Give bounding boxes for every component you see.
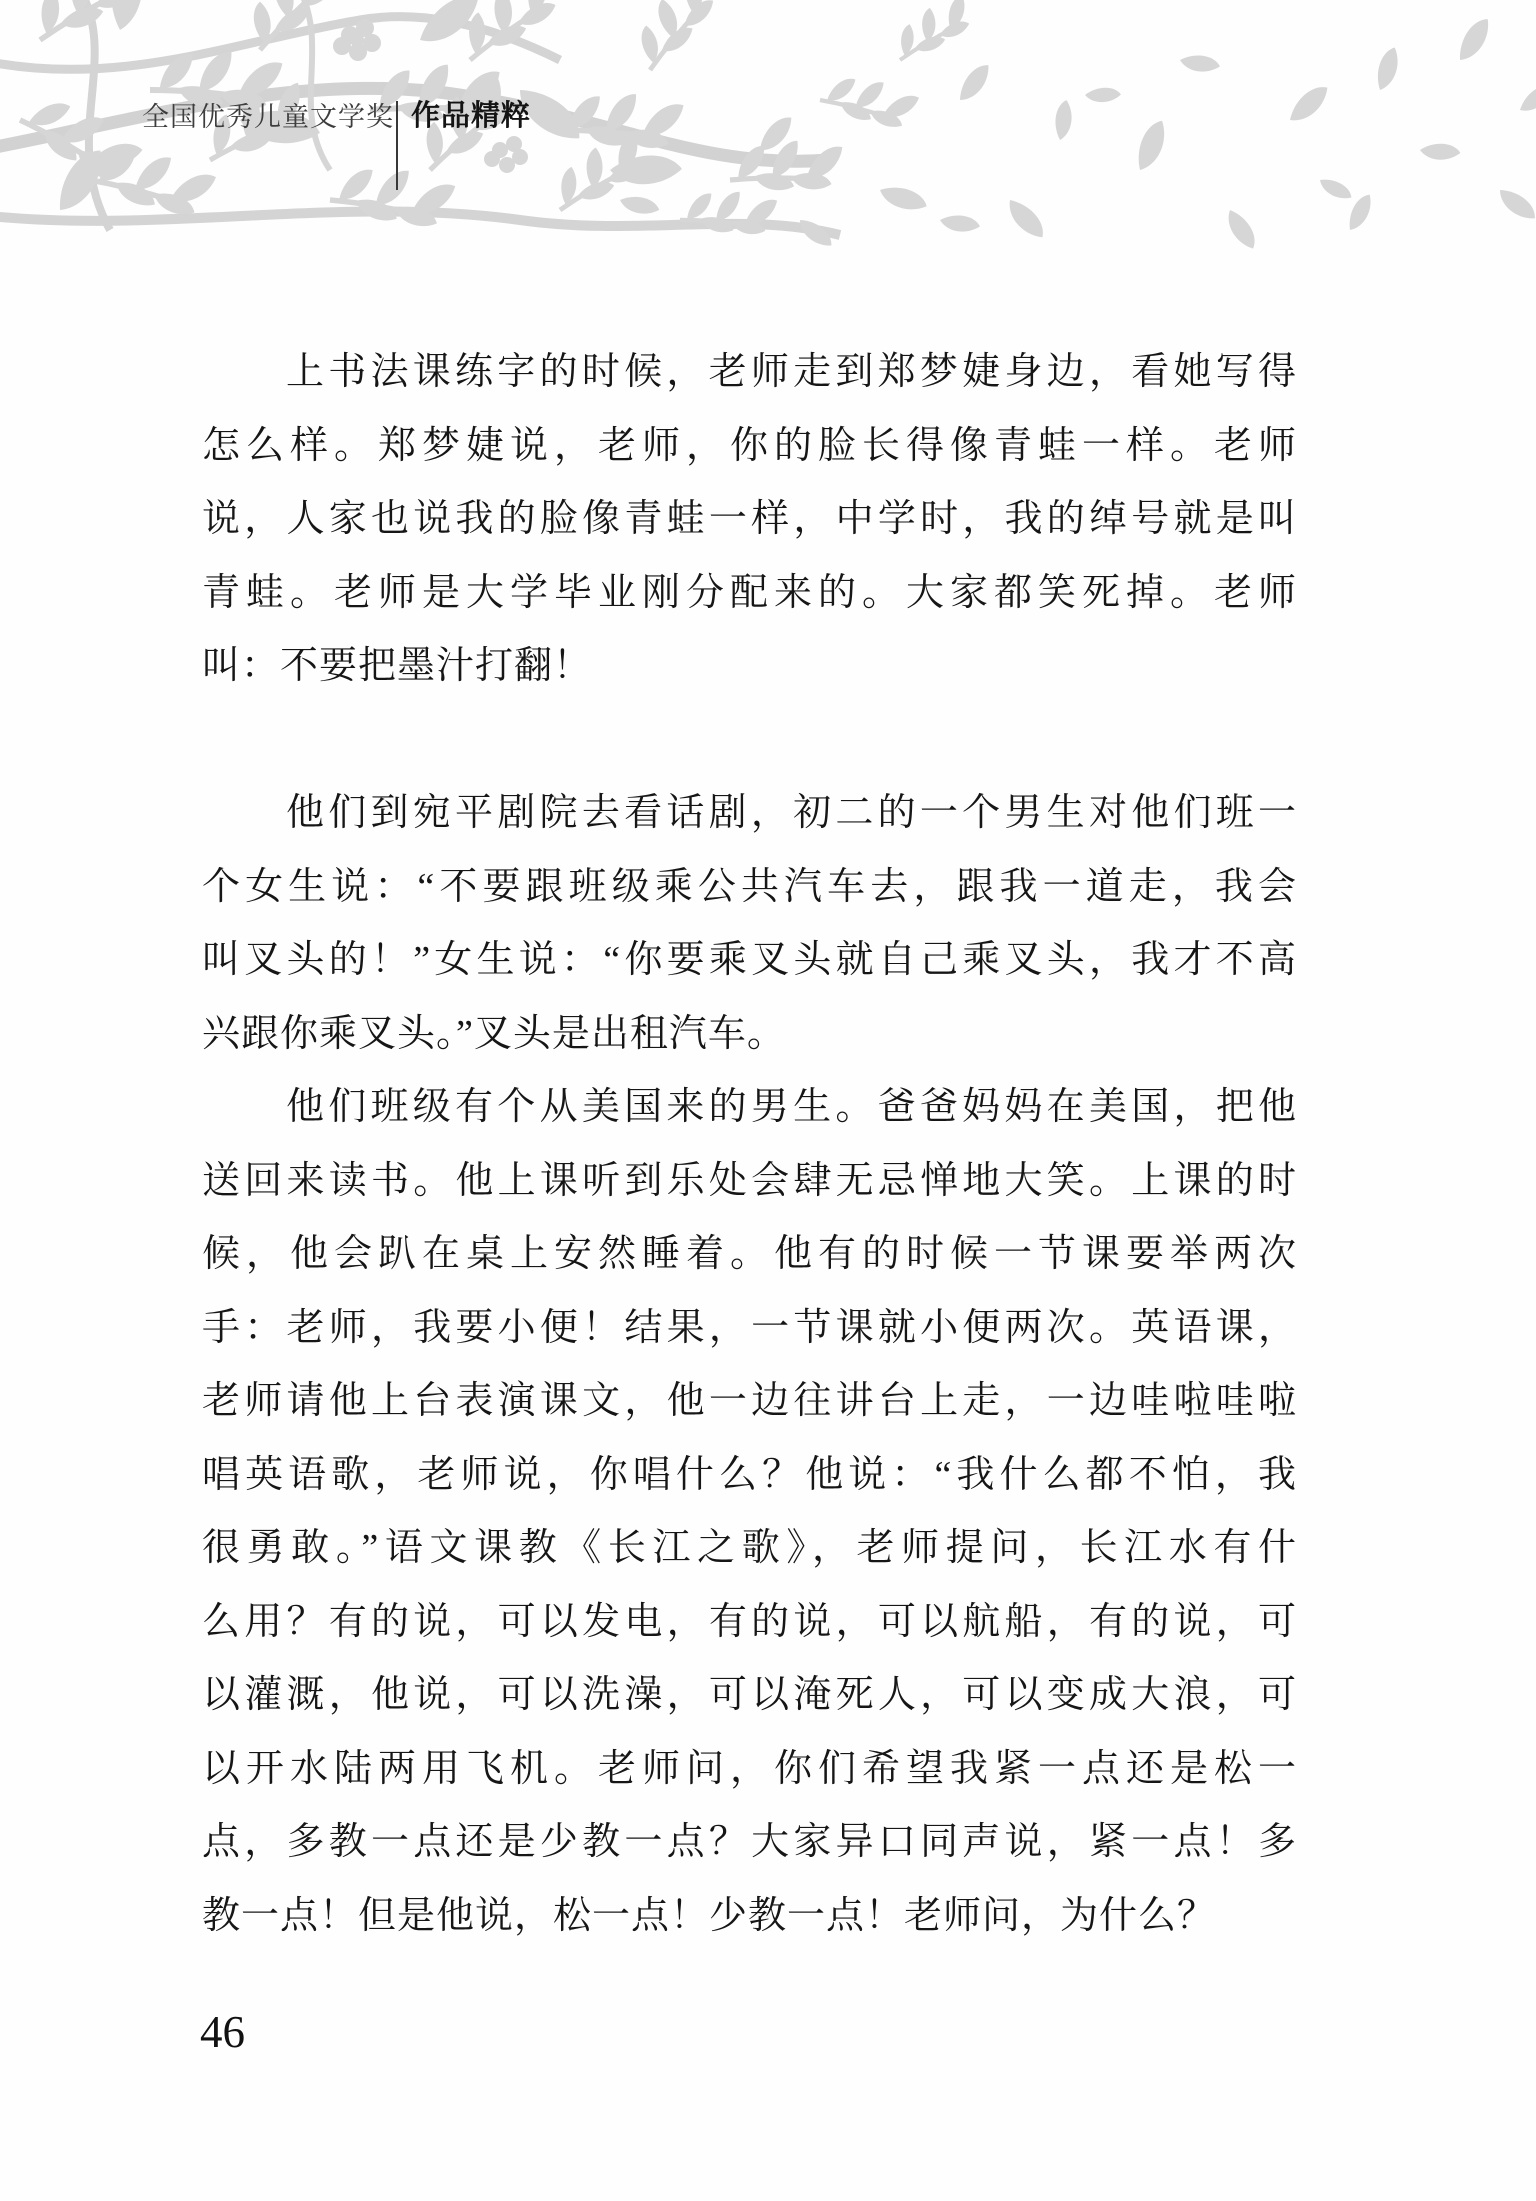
text-line: 怎么样。郑梦婕说，老师，你的脸长得像青蛙一样。老师 bbox=[202, 410, 1297, 484]
text-line: 兴跟你乘叉头。”叉头是出租汽车。 bbox=[202, 998, 1297, 1072]
text-line: 说，人家也说我的脸像青蛙一样，中学时，我的绰号就是叫 bbox=[202, 483, 1297, 557]
running-head: 全国优秀儿童文学奖 作品精粹 bbox=[0, 0, 1536, 250]
book-page: 全国优秀儿童文学奖 作品精粹 上书法课练字的时候，老师走到郑梦婕身边，看她写得怎… bbox=[0, 0, 1536, 2201]
text-line: 送回来读书。他上课听到乐处会肆无忌惮地大笑。上课的时 bbox=[202, 1145, 1297, 1219]
text-line: 手：老师，我要小便！结果，一节课就小便两次。英语课， bbox=[202, 1292, 1297, 1366]
text-line: 很勇敢。”语文课教《长江之歌》，老师提问，长江水有什 bbox=[202, 1512, 1297, 1586]
text-line: 上书法课练字的时候，老师走到郑梦婕身边，看她写得 bbox=[202, 336, 1297, 410]
header-divider bbox=[396, 101, 398, 190]
text-line: 么用？有的说，可以发电，有的说，可以航船，有的说，可 bbox=[202, 1586, 1297, 1660]
text-line: 青蛙。老师是大学毕业刚分配来的。大家都笑死掉。老师 bbox=[202, 557, 1297, 631]
text-line: 以开水陆两用飞机。老师问，你们希望我紧一点还是松一 bbox=[202, 1733, 1297, 1807]
text-line: 候，他会趴在桌上安然睡着。他有的时候一节课要举两次 bbox=[202, 1218, 1297, 1292]
text-line: 叫叉头的！”女生说：“你要乘叉头就自己乘叉头，我才不高 bbox=[202, 924, 1297, 998]
body-text: 上书法课练字的时候，老师走到郑梦婕身边，看她写得怎么样。郑梦婕说，老师，你的脸长… bbox=[202, 336, 1297, 1953]
text-line: 他们到宛平剧院去看话剧，初二的一个男生对他们班一 bbox=[202, 777, 1297, 851]
text-line: 叫：不要把墨汁打翻！ bbox=[202, 630, 1297, 704]
text-line: 个女生说：“不要跟班级乘公共汽车去，跟我一道走，我会 bbox=[202, 851, 1297, 925]
text-line: 老师请他上台表演课文，他一边往讲台上走，一边哇啦哇啦 bbox=[202, 1365, 1297, 1439]
text-line: 以灌溉，他说，可以洗澡，可以淹死人，可以变成大浪，可 bbox=[202, 1659, 1297, 1733]
series-title: 全国优秀儿童文学奖 bbox=[142, 101, 394, 133]
paragraph: 他们到宛平剧院去看话剧，初二的一个男生对他们班一个女生说：“不要跟班级乘公共汽车… bbox=[202, 777, 1297, 1071]
header-subtitle: 作品精粹 bbox=[411, 99, 531, 133]
text-line: 他们班级有个从美国来的男生。爸爸妈妈在美国，把他 bbox=[202, 1071, 1297, 1145]
page-number: 46 bbox=[200, 2008, 245, 2056]
text-line: 点，多教一点还是少教一点？大家异口同声说，紧一点！多 bbox=[202, 1806, 1297, 1880]
paragraph: 上书法课练字的时候，老师走到郑梦婕身边，看她写得怎么样。郑梦婕说，老师，你的脸长… bbox=[202, 336, 1297, 704]
paragraph: 他们班级有个从美国来的男生。爸爸妈妈在美国，把他送回来读书。他上课听到乐处会肆无… bbox=[202, 1071, 1297, 1953]
text-line: 教一点！但是他说，松一点！少教一点！老师问，为什么？ bbox=[202, 1880, 1297, 1954]
text-line: 唱英语歌，老师说，你唱什么？他说：“我什么都不怕，我 bbox=[202, 1439, 1297, 1513]
